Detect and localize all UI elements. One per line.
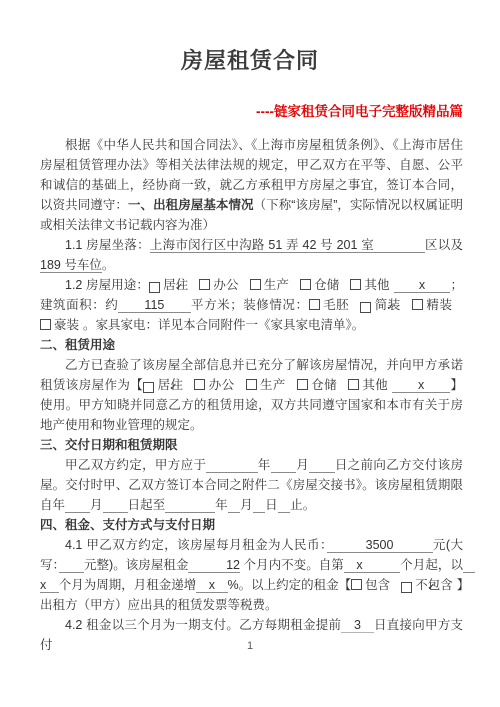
document-title: 房屋租赁合同 bbox=[0, 44, 500, 75]
usage2-other-blank: x bbox=[392, 378, 450, 393]
clause-1-2-label: 1.2 房屋用途： bbox=[65, 278, 149, 292]
checkbox-checked-icon bbox=[360, 302, 371, 313]
clause-4-1-paragraph: 4.1 甲乙双方约定，该房屋每月租金为人民币： 3500 元(大写： 元整)。该… bbox=[40, 535, 463, 615]
document-body: 根据《中华人民共和国合同法》、《上海市房屋租赁条例》、《上海市居住房屋租赁管理办… bbox=[40, 135, 463, 655]
tax-include-label: 包含 bbox=[365, 578, 390, 592]
clause-1-2-tail: 。家具家电：详见本合同附件一《家具家电清单》。 bbox=[83, 318, 364, 332]
usage2-option-residence: 居住 bbox=[143, 378, 183, 392]
address-blank: 上海市闵行区中沟路 51 弄 42 号 201 室 bbox=[150, 238, 425, 253]
section-1-inline-heading: 一、出租房屋基本情况 bbox=[128, 198, 254, 212]
usage2-option-label: 生产 bbox=[260, 378, 286, 392]
month-label: 月 bbox=[296, 458, 309, 472]
lease-until-label: 日起至 bbox=[128, 498, 166, 512]
clause-1-1-label: 1.1 房屋坐落： bbox=[65, 238, 150, 252]
clause-1-1-period: 。 bbox=[102, 258, 115, 272]
rent-capital-blank bbox=[59, 558, 84, 573]
checkbox-unchecked-icon bbox=[300, 279, 311, 290]
decoration-option-simple: 简装 bbox=[360, 298, 401, 312]
usage-option-label: 生产 bbox=[264, 278, 289, 292]
clause-1-2-paragraph: 1.2 房屋用途：居住办公生产仓储其他 x ；建筑面积：约 115 平方米；装修… bbox=[40, 275, 463, 335]
year-label: 年 bbox=[258, 458, 271, 472]
fixed-months-blank: 12 bbox=[188, 558, 240, 573]
lease-end-gap-blank bbox=[278, 498, 291, 513]
usage2-option-label: 办公 bbox=[208, 378, 234, 392]
lease-end-gap-blank bbox=[253, 498, 266, 513]
clause-4-1-text: 4.1 甲乙双方约定，该房屋每月租金为人民币： bbox=[65, 538, 327, 552]
area-blank: 115 bbox=[118, 298, 191, 313]
checkbox-unchecked-icon bbox=[350, 279, 361, 290]
lease-end-year-label: 年 bbox=[215, 498, 228, 512]
decoration-option-label: 豪装 bbox=[54, 318, 79, 332]
decoration-label-text: 平方米；装修情况： bbox=[191, 298, 308, 312]
rent-amount-blank: 3500 bbox=[327, 538, 433, 553]
delivery-year-blank bbox=[206, 458, 257, 473]
tax-exclude-option: 不包含 bbox=[401, 578, 453, 592]
clause-4-1-text: %。以上约定的租金【 bbox=[228, 578, 352, 592]
clause-4-1-text: 个月为周期，月租金递增 bbox=[59, 578, 197, 592]
checkbox-unchecked-icon bbox=[297, 379, 308, 390]
usage2-option-office: 办公 bbox=[194, 378, 234, 392]
checkbox-unchecked-icon bbox=[40, 319, 51, 330]
checkbox-checked-icon bbox=[143, 382, 154, 393]
decoration-option-label: 简装 bbox=[374, 298, 401, 312]
usage-other-blank: x bbox=[394, 278, 451, 293]
document-subtitle: ----链家租赁合同电子完整版精品篇 bbox=[0, 100, 463, 120]
checkbox-unchecked-icon bbox=[412, 299, 423, 310]
clause-3-text: 甲乙双方约定，甲方应于 bbox=[65, 458, 206, 472]
clause-3-end-text: 止。 bbox=[290, 498, 315, 512]
section-4-heading: 四、租金、支付方式与支付日期 bbox=[40, 515, 463, 535]
usage-option-label: 仓储 bbox=[314, 278, 339, 292]
checkbox-checked-icon bbox=[401, 582, 412, 593]
checkbox-unchecked-icon bbox=[250, 279, 261, 290]
lease-end-year-blank bbox=[165, 498, 215, 513]
lease-start-day-blank bbox=[103, 498, 128, 513]
usage-option-label: 办公 bbox=[213, 278, 238, 292]
clause-4-2-text: 4.2 租金以三个月为一期支付。乙方每期租金提前 bbox=[65, 618, 341, 632]
delivery-month-blank bbox=[271, 458, 297, 473]
checkbox-unchecked-icon bbox=[194, 379, 205, 390]
decoration-option-fine: 精装 bbox=[412, 298, 452, 312]
usage2-option-label: 其他 bbox=[362, 378, 388, 392]
parking-blank: 189 号车位 bbox=[40, 258, 102, 273]
tax-exclude-label: 不包含 bbox=[415, 578, 453, 592]
increase-percent-blank: x bbox=[196, 578, 227, 593]
usage2-option-label: 居住 bbox=[157, 378, 183, 392]
lease-start-month-label: 月 bbox=[90, 498, 103, 512]
lease-end-gap-blank bbox=[228, 498, 241, 513]
decoration-option-label: 毛胚 bbox=[323, 298, 350, 312]
section-3-heading: 三、交付日期和租赁期限 bbox=[40, 435, 463, 455]
usage-option-residence: 居住 bbox=[149, 278, 188, 292]
usage-option-label: 居住 bbox=[163, 278, 188, 292]
usage-option-storage: 仓储 bbox=[300, 278, 339, 292]
checkbox-unchecked-icon bbox=[348, 379, 359, 390]
tax-include-option: 包含 bbox=[351, 578, 390, 592]
lease-end-day-label: 日 bbox=[265, 498, 278, 512]
clause-4-1-text: 个月起，以 bbox=[400, 558, 463, 572]
decoration-option-luxury: 豪装 bbox=[40, 318, 79, 332]
page-number: 1 bbox=[0, 640, 500, 652]
section-2-heading: 二、租赁用途 bbox=[40, 335, 463, 355]
usage2-option-storage: 仓储 bbox=[297, 378, 337, 392]
intro-paragraph: 根据《中华人民共和国合同法》、《上海市房屋租赁条例》、《上海市居住房屋租赁管理办… bbox=[40, 135, 463, 235]
lease-end-month-label: 月 bbox=[240, 498, 253, 512]
checkbox-unchecked-icon bbox=[246, 379, 257, 390]
clause-3-paragraph: 甲乙双方约定，甲方应于 年 月 日之前向乙方交付该房屋。交付时甲、乙双方签订本合… bbox=[40, 455, 463, 515]
delivery-day-blank bbox=[309, 458, 335, 473]
decoration-option-rough: 毛胚 bbox=[309, 298, 350, 312]
usage-option-production: 生产 bbox=[250, 278, 289, 292]
clause-1-1-paragraph: 1.1 房屋坐落：上海市闵行区中沟路 51 弄 42 号 201 室 区以及 1… bbox=[40, 235, 463, 275]
clause-4-1-text: 元整)。该房屋租金 bbox=[84, 558, 189, 572]
checkbox-unchecked-icon bbox=[351, 579, 362, 590]
district-text: 区以及 bbox=[425, 238, 463, 252]
checkbox-unchecked-icon bbox=[309, 299, 320, 310]
clause-2-paragraph: 乙方已查验了该房屋全部信息并已充分了解该房屋情况，并向甲方承诺租赁该房屋作为【居… bbox=[40, 355, 463, 435]
usage-option-label: 其他 bbox=[364, 278, 389, 292]
usage-option-office: 办公 bbox=[199, 278, 238, 292]
checkbox-checked-icon bbox=[149, 282, 160, 293]
decoration-option-label: 精装 bbox=[426, 298, 452, 312]
lease-start-year-label: 年 bbox=[53, 498, 66, 512]
checkbox-unchecked-icon bbox=[199, 279, 210, 290]
usage2-option-production: 生产 bbox=[246, 378, 286, 392]
increase-start-month-blank: x bbox=[344, 558, 400, 573]
contract-document-page: 房屋租赁合同 ----链家租赁合同电子完整版精品篇 根据《中华人民共和国合同法》… bbox=[0, 0, 500, 707]
usage2-option-other: 其他 bbox=[348, 378, 388, 392]
usage2-option-label: 仓储 bbox=[311, 378, 337, 392]
lease-start-month-blank bbox=[65, 498, 90, 513]
usage-option-other: 其他 bbox=[350, 278, 389, 292]
clause-4-1-text: 个月内不变。自第 bbox=[240, 558, 344, 572]
advance-days-blank: 3 bbox=[341, 618, 374, 633]
